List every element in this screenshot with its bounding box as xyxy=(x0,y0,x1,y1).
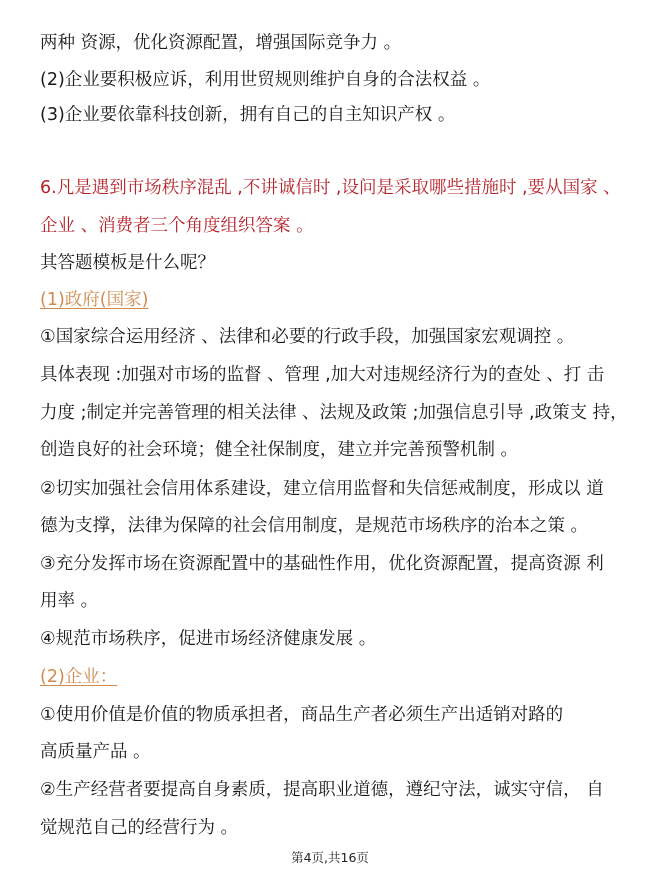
text-line: 觉规范自己的经营行为 。 xyxy=(40,816,238,840)
text-line: 具体表现 :加强对市场的监督 、管理 ,加大对违规经济行为的查处 、打 击 xyxy=(40,363,604,387)
text-line: 德为支撑，法律为保障的社会信用制度，是规范市场秩序的治本之策 。 xyxy=(40,514,588,538)
text-line: 用率 。 xyxy=(40,589,98,613)
section-heading-enterprise: (2)企业： xyxy=(40,665,117,689)
text-line: ①国家综合运用经济 、法律和必要的行政手段，加强国家宏观调控 。 xyxy=(40,325,574,349)
text-line: ④规范市场秩序，促进市场经济健康发展 。 xyxy=(40,627,376,651)
question-heading: 企业 、消费者三个角度组织答案 。 xyxy=(40,214,314,238)
text-line: 高质量产品 。 xyxy=(40,740,151,764)
question-heading: 6.凡是遇到市场秩序混乱 ,不讲诚信时 ,设问是采取哪些措施时 ,要从国家 、 xyxy=(40,176,621,200)
text-line: 力度 ;制定并完善管理的相关法律 、法规及政策 ;加强信息引导 ,政策支 持， xyxy=(40,401,628,425)
section-heading-government: (1)政府(国家) xyxy=(40,288,148,312)
text-line: (2)企业要积极应诉，利用世贸规则维护自身的合法权益 。 xyxy=(40,68,490,92)
document-page: 两种 资源，优化资源配置，增强国际竞争力 。 (2)企业要积极应诉，利用世贸规则… xyxy=(0,0,660,880)
text-line: 其答题模板是什么呢？ xyxy=(40,251,215,275)
text-line: ②生产经营者要提高自身素质，提高职业道德，遵纪守法，诚实守信， 自 xyxy=(40,778,604,802)
text-line: ③充分发挥市场在资源配置中的基础性作用，优化资源配置，提高资源 利 xyxy=(40,552,604,576)
text-line: ②切实加强社会信用体系建设，建立信用监督和失信惩戒制度，形成以 道 xyxy=(40,477,604,501)
page-number-footer: 第4页,共16页 xyxy=(0,848,660,866)
text-line: 创造良好的社会环境；健全社保制度，建立并完善预警机制 。 xyxy=(40,438,518,462)
text-line: ①使用价值是价值的物质承担者，商品生产者必须生产出适销对路的 xyxy=(40,703,563,727)
text-line: (3)企业要依靠科技创新，拥有自己的自主知识产权 。 xyxy=(40,103,455,127)
text-line: 两种 资源，优化资源配置，增强国际竞争力 。 xyxy=(40,31,401,55)
